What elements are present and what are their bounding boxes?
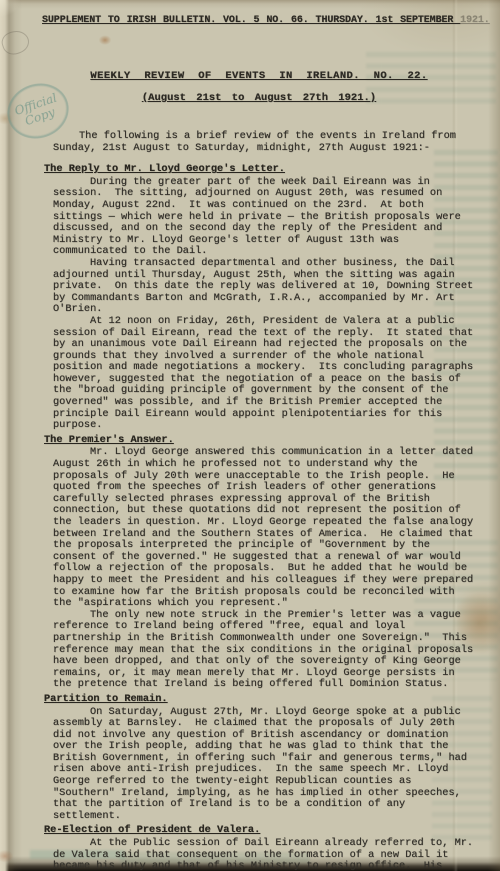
- title-block: WEEKLY REVIEW OF EVENTS IN IRELAND. NO. …: [44, 70, 474, 104]
- masthead: SUPPLEMENT TO IRISH BULLETIN. VOL. 5 NO.…: [42, 15, 498, 26]
- pencil-mark: [0, 27, 32, 57]
- intro-paragraph: The following is a brief review of the e…: [53, 131, 474, 154]
- body-paragraph: The only new note struck in the Premier'…: [53, 610, 474, 691]
- document-body: The following is a brief review of the e…: [44, 131, 474, 871]
- section-heading-re-election-de-valera: Re-Election of President de Valera.: [44, 825, 474, 837]
- scanned-document-page: Official Copy SUPPLEMENT TO IRISH BULLET…: [0, 0, 500, 871]
- body-paragraph: At 12 noon on Friday, 26th, President de…: [53, 316, 474, 432]
- body-paragraph: On Saturday, August 27th, Mr. Lloyd Geor…: [53, 707, 474, 823]
- section-heading-partition-to-remain: Partition to Remain.: [44, 694, 474, 706]
- body-paragraph: During the greater part of the week Dail…: [53, 177, 474, 258]
- document-subtitle: (August 21st to August 27th 1921.): [44, 92, 474, 104]
- body-paragraph: Having transacted departmental and other…: [53, 258, 474, 316]
- masthead-faded-year: 1921.: [460, 15, 490, 26]
- masthead-text: SUPPLEMENT TO IRISH BULLETIN. VOL. 5 NO.…: [42, 15, 460, 26]
- body-paragraph: Mr. Lloyd George answered this communica…: [53, 447, 474, 609]
- section-heading-reply-to-lloyd-george: The Reply to Mr. Lloyd George's Letter.: [44, 164, 474, 176]
- document-title: WEEKLY REVIEW OF EVENTS IN IRELAND. NO. …: [44, 70, 474, 82]
- body-paragraph: At the Public session of Dail Eireann al…: [53, 838, 474, 871]
- section-heading-premiers-answer: The Premier's Answer.: [44, 435, 474, 447]
